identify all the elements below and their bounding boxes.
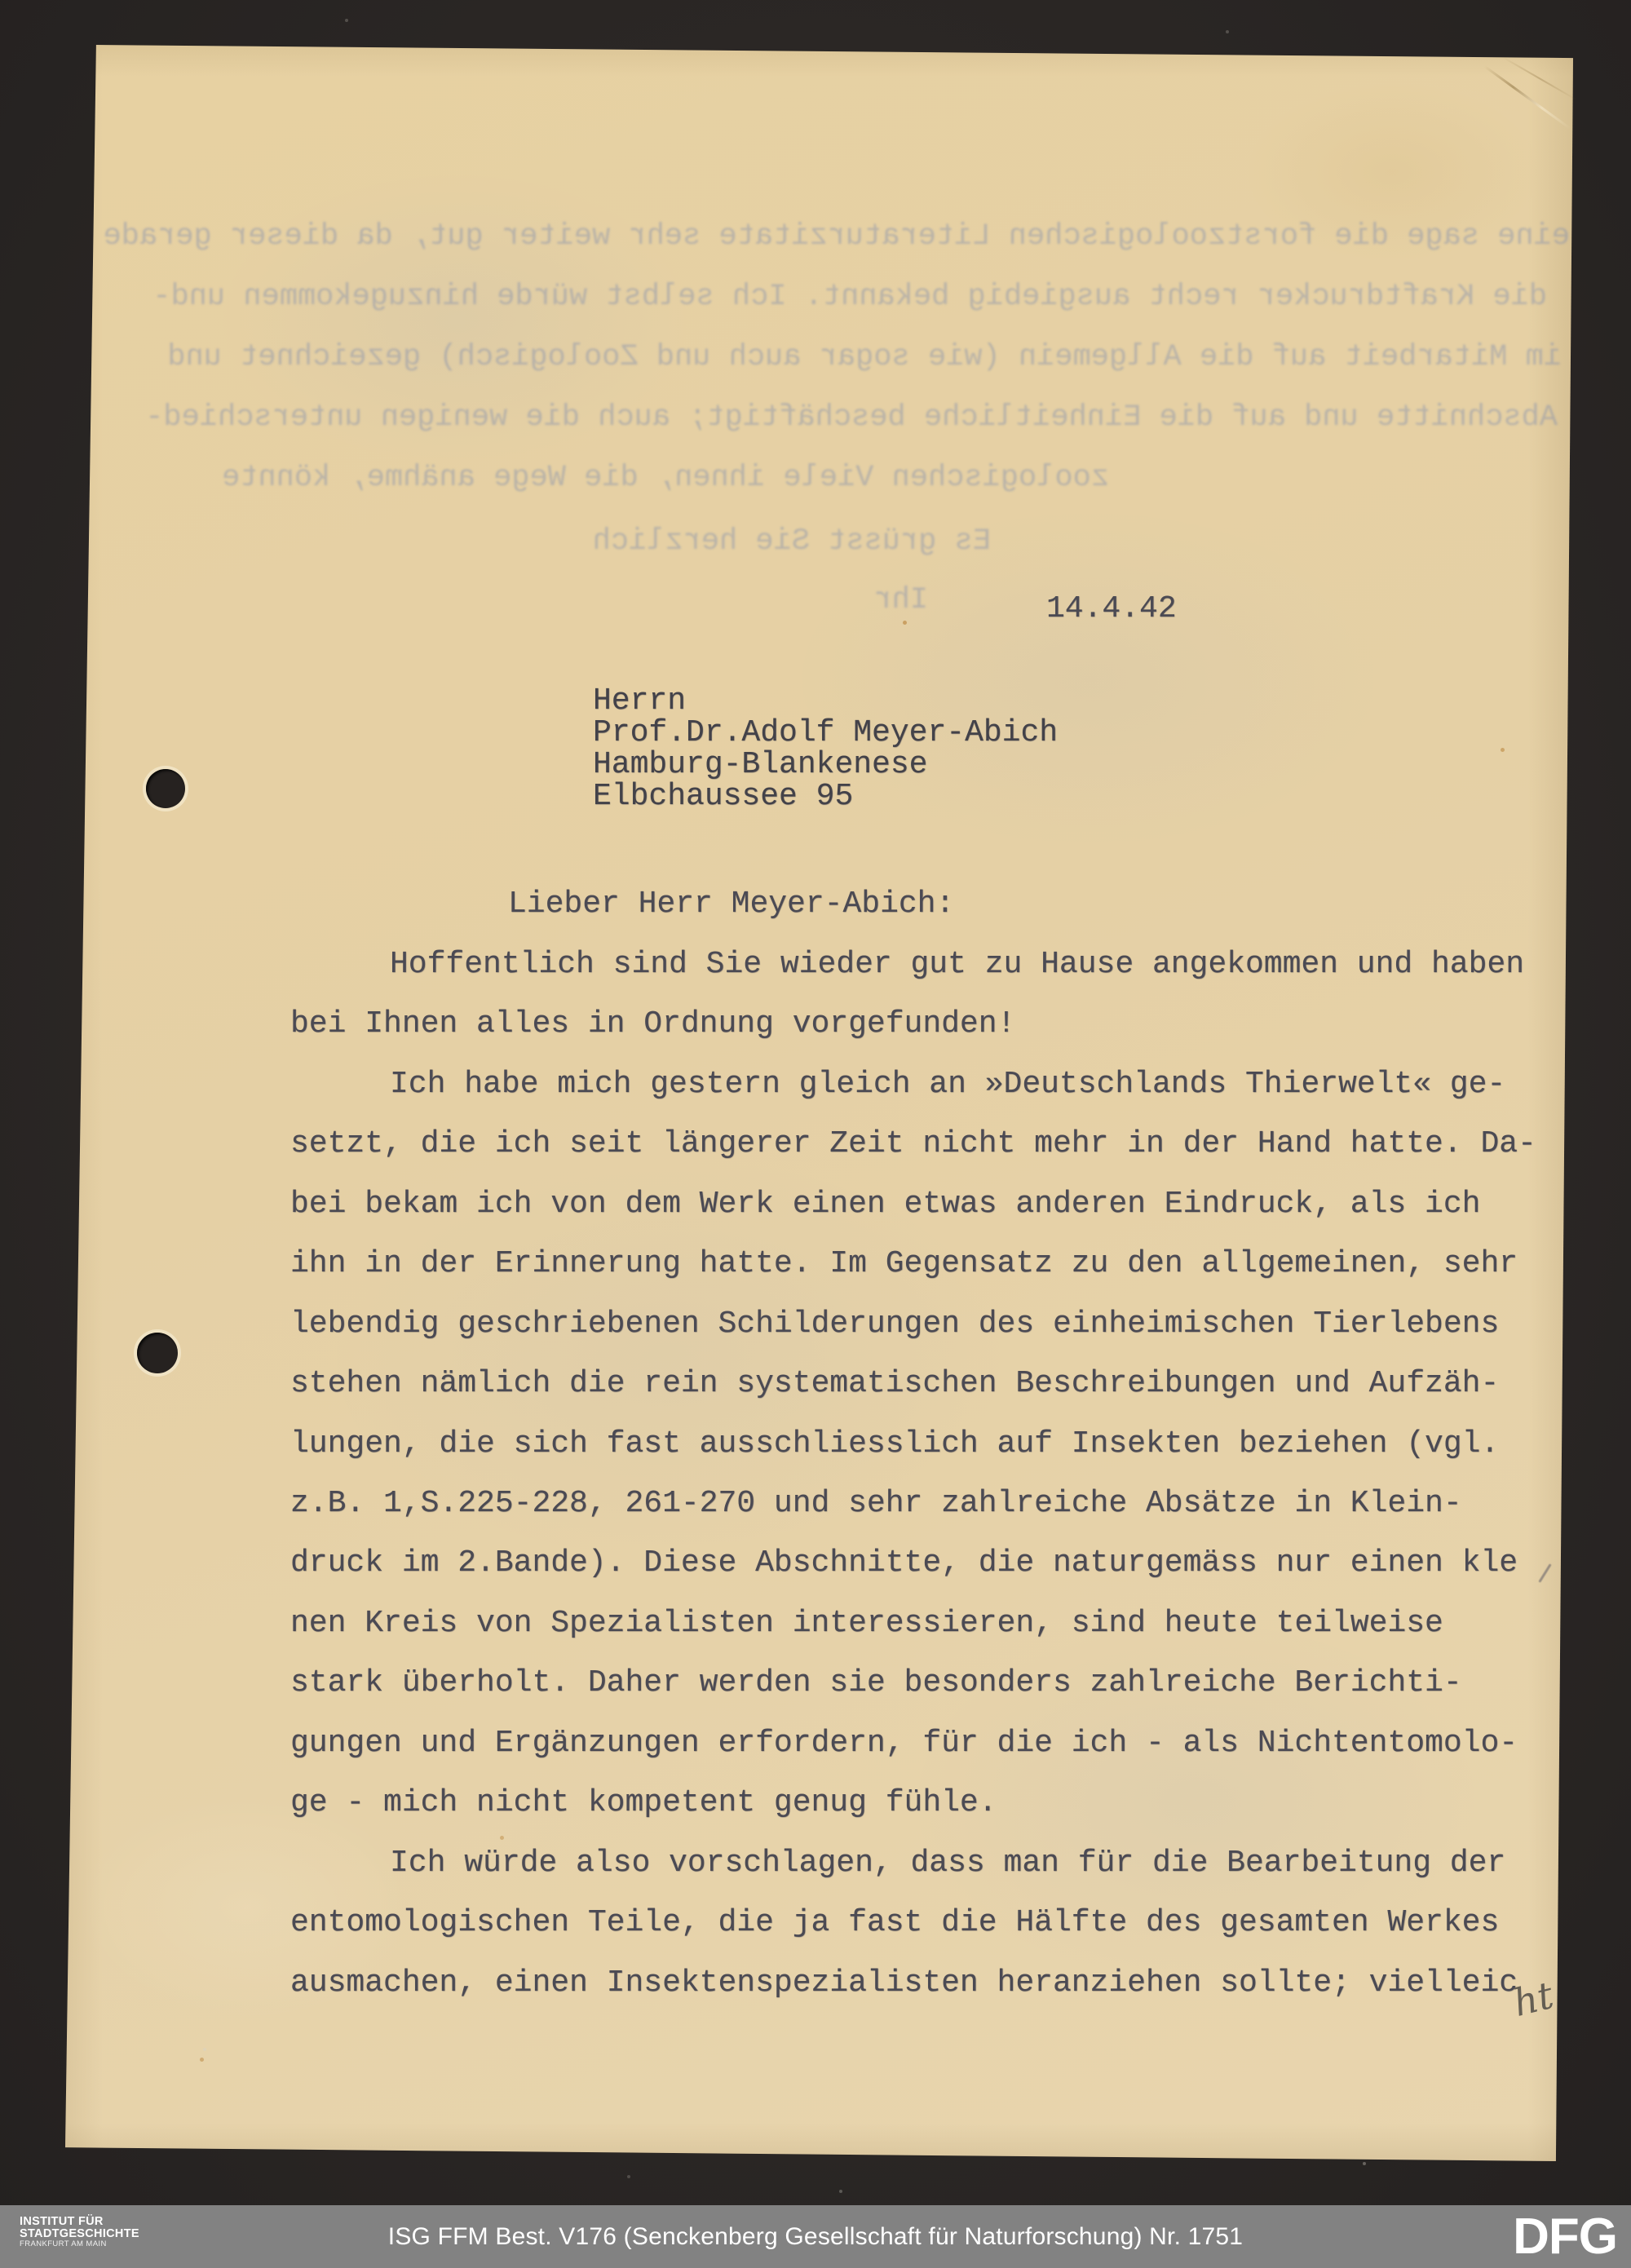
archive-scan: eine sage die forstzoologischen Literatu…	[0, 0, 1631, 2268]
body-line: ge - mich nicht kompetent genug fühle.	[290, 1787, 997, 1819]
bleed-through-line: im Mitarbeit auf die Allgemein (wie soga…	[82, 342, 1562, 373]
salutation: Lieber Herr Meyer-Abich:	[508, 888, 954, 920]
bleed-through-signoff: Ihr	[863, 585, 928, 616]
body-line: gungen und Ergänzungen erfordern, für di…	[290, 1727, 1518, 1759]
bleed-through-closing: Es grüsst Sie herzlich	[579, 526, 991, 557]
footer-bar: INSTITUT FÜR STADTGESCHICHTE FRANKFURT A…	[0, 2205, 1631, 2268]
body-line: stark überholt. Daher werden sie besonde…	[290, 1667, 1462, 1699]
body-line: z.B. 1,S.225-228, 261-270 und sehr zahlr…	[290, 1488, 1462, 1519]
punch-hole	[137, 1333, 178, 1373]
body-line: bei bekam ich von dem Werk einen etwas a…	[290, 1188, 1480, 1220]
body-line: stehen nämlich die rein systematischen B…	[290, 1368, 1499, 1399]
body-line: nen Kreis von Spezialisten interessieren…	[290, 1607, 1443, 1639]
body-line: Ich habe mich gestern gleich an »Deutsch…	[390, 1068, 1505, 1100]
address-line: Elbchaussee 95	[593, 780, 853, 812]
body-line: druck im 2.Bande). Diese Abschnitte, die…	[290, 1547, 1518, 1579]
body-line: lungen, die sich fast ausschliesslich au…	[290, 1428, 1499, 1460]
address-line: Hamburg-Blankenese	[593, 749, 927, 780]
bleed-through-line: zoologischen Viele ihnen, die Wege anähm…	[188, 462, 1109, 493]
body-line: Hoffentlich sind Sie wieder gut zu Hause…	[390, 948, 1524, 980]
bleed-through-line: Abschnitte und auf die Einheitliche besc…	[65, 402, 1558, 433]
bleed-through-line: die Kraftdrucker recht ausgiebig bekannt…	[79, 281, 1547, 312]
body-line: bei Ihnen alles in Ordnung vorgefunden!	[290, 1008, 1015, 1040]
address-line: Prof.Dr.Adolf Meyer-Abich	[593, 717, 1058, 749]
archive-reference: ISG FFM Best. V176 (Senckenberg Gesellsc…	[0, 2205, 1631, 2268]
address-line: Herrn	[593, 685, 686, 717]
punch-hole	[146, 769, 185, 808]
dfg-logo: DFG	[1513, 2209, 1617, 2264]
body-line: Ich würde also vorschlagen, dass man für…	[390, 1847, 1505, 1879]
body-line: entomologischen Teile, die ja fast die H…	[290, 1907, 1499, 1939]
body-line: setzt, die ich seit längerer Zeit nicht …	[290, 1128, 1536, 1160]
scan-dust	[0, 0, 2, 2]
bleed-through-line: eine sage die forstzoologischen Literatu…	[98, 221, 1570, 252]
body-line: ihn in der Erinnerung hatte. Im Gegensat…	[290, 1248, 1518, 1280]
body-line: lebendig geschriebenen Schilderungen des…	[290, 1308, 1499, 1340]
body-line: ausmachen, einen Insektenspezialisten he…	[290, 1967, 1518, 1999]
letter-date: 14.4.42	[1046, 593, 1177, 625]
